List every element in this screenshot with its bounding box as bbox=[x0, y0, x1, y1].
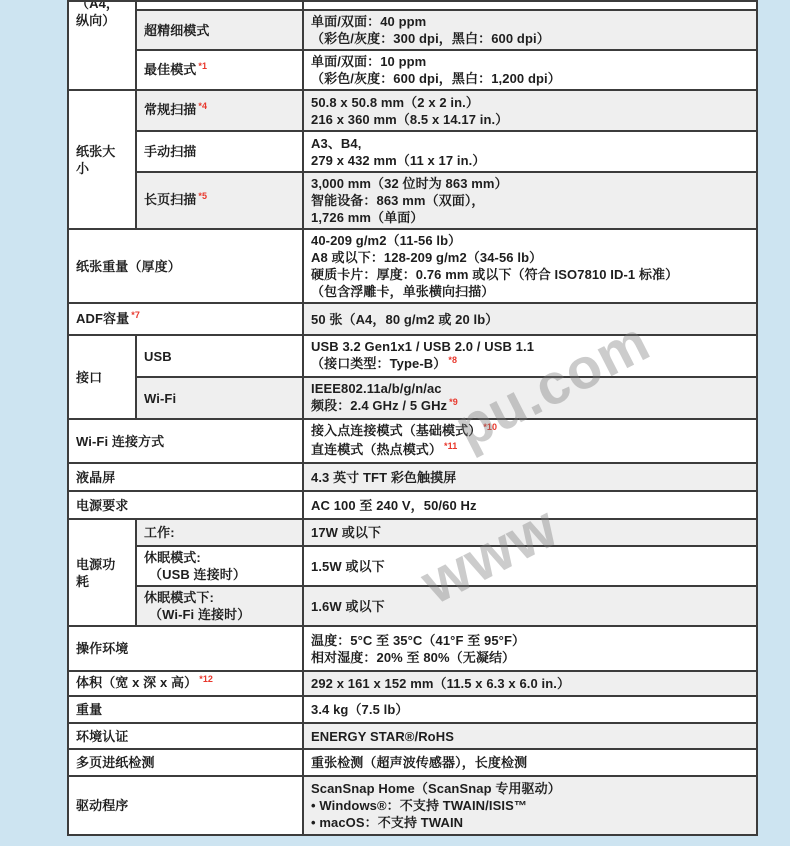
value-line: 接入点连接模式（基础模式）*10 bbox=[311, 422, 749, 441]
value-line: A3、B4, bbox=[311, 135, 749, 152]
value-text: • macOS：不支持 TWAIN bbox=[311, 815, 463, 830]
value-line: 硬质卡片：厚度：0.76 mm 或以下（符合 ISO7810 ID-1 标准） bbox=[311, 266, 749, 283]
footnote-marker: *8 bbox=[448, 355, 457, 365]
label-line: 液晶屏 bbox=[76, 469, 295, 486]
table-row: 液晶屏4.3 英寸 TFT 彩色触摸屏 bbox=[68, 463, 757, 491]
value-text: 1.5W 或以下 bbox=[311, 559, 385, 574]
label-text: 休眠模式: bbox=[144, 550, 201, 565]
label-text: （USB 连接时） bbox=[149, 567, 246, 582]
row-value-cell: A3、B4,279 x 432 mm（11 x 17 in.） bbox=[303, 131, 757, 172]
value-line: 4.3 英寸 TFT 彩色触摸屏 bbox=[311, 469, 749, 486]
row-group-label-cell: 纸张大小 bbox=[68, 90, 136, 229]
label-text: 操作环境 bbox=[76, 641, 128, 656]
value-line: ScanSnap Home（ScanSnap 专用驱动） bbox=[311, 780, 749, 797]
value-line: 单面/双面：40 ppm bbox=[311, 13, 749, 30]
row-label-cell: 操作环境 bbox=[68, 626, 303, 671]
row-sublabel-cell: 长页扫描*5 bbox=[136, 172, 303, 229]
row-sublabel-cell: 休眠模式:（USB 连接时） bbox=[136, 546, 303, 586]
row-value-cell: ScanSnap Home（ScanSnap 专用驱动）• Windows®：不… bbox=[303, 776, 757, 835]
label-text: 驱动程序 bbox=[76, 798, 128, 813]
row-value-cell: AC 100 至 240 V，50/60 Hz bbox=[303, 491, 757, 519]
row-value-cell: 50 张（A4，80 g/m2 或 20 lb） bbox=[303, 303, 757, 335]
label-text: 长页扫描 bbox=[144, 192, 196, 207]
value-line: 智能设备：863 mm（双面）， bbox=[311, 192, 749, 209]
value-line: 50 张（A4，80 g/m2 或 20 lb） bbox=[311, 311, 749, 328]
value-text: 50.8 x 50.8 mm（2 x 2 in.） bbox=[311, 95, 479, 110]
label-text: 体积（宽 x 深 x 高） bbox=[76, 675, 197, 690]
table-row: 休眠模式:（USB 连接时）1.5W 或以下 bbox=[68, 546, 757, 586]
value-line: 40-209 g/m2（11-56 lb） bbox=[311, 232, 749, 249]
value-text: AC 100 至 240 V，50/60 Hz bbox=[311, 498, 477, 513]
value-line: AC 100 至 240 V，50/60 Hz bbox=[311, 497, 749, 514]
group-label-text: 纸张大小 bbox=[76, 144, 115, 176]
value-text: 216 x 360 mm（8.5 x 14.17 in.） bbox=[311, 112, 508, 127]
table-row: 最佳模式*1单面/双面：10 ppm（彩色/灰度：600 dpi，黑白：1,20… bbox=[68, 50, 757, 90]
row-label-cell: 体积（宽 x 深 x 高）*12 bbox=[68, 671, 303, 696]
table-row: 驱动程序ScanSnap Home（ScanSnap 专用驱动）• Window… bbox=[68, 776, 757, 835]
footnote-marker: *10 bbox=[483, 422, 497, 432]
table-row: 重量3.4 kg（7.5 lb） bbox=[68, 696, 757, 723]
value-line: 17W 或以下 bbox=[311, 524, 749, 541]
value-text: 单面/双面：10 ppm bbox=[311, 54, 426, 69]
row-label-cell: 电源要求 bbox=[68, 491, 303, 519]
row-label-cell: Wi-Fi 连接方式 bbox=[68, 419, 303, 463]
value-line: 相对湿度：20% 至 80%（无凝结） bbox=[311, 649, 749, 666]
label-line: 工作: bbox=[144, 524, 295, 541]
table-row: 体积（宽 x 深 x 高）*12292 x 161 x 152 mm（11.5 … bbox=[68, 671, 757, 696]
value-text: 直连模式（热点模式） bbox=[311, 442, 442, 457]
label-text: Wi-Fi 连接方式 bbox=[76, 434, 164, 449]
label-line: 常规扫描*4 bbox=[144, 101, 295, 120]
label-text: （Wi-Fi 连接时） bbox=[149, 607, 250, 622]
row-value-cell: 单面/双面：40 ppm（彩色/灰度：300 dpi，黑白：600 dpi） bbox=[303, 10, 757, 50]
row-value-cell: 4.3 英寸 TFT 彩色触摸屏 bbox=[303, 463, 757, 491]
row-label-cell: 重量 bbox=[68, 696, 303, 723]
label-text: USB bbox=[144, 349, 172, 364]
value-text: A3、B4, bbox=[311, 136, 361, 151]
row-sublabel-cell: USB bbox=[136, 335, 303, 377]
value-text: USB 3.2 Gen1x1 / USB 2.0 / USB 1.1 bbox=[311, 339, 534, 354]
row-value-cell: 3,000 mm（32 位时为 863 mm）智能设备：863 mm（双面），1… bbox=[303, 172, 757, 229]
row-value-cell: 17W 或以下 bbox=[303, 519, 757, 546]
footnote-marker: *12 bbox=[199, 674, 213, 684]
row-label-cell: 纸张重量（厚度） bbox=[68, 229, 303, 303]
footnote-marker: *5 bbox=[198, 191, 207, 201]
value-text: 频段：2.4 GHz / 5 GHz bbox=[311, 398, 447, 413]
row-value-cell: USB 3.2 Gen1x1 / USB 2.0 / USB 1.1（接口类型：… bbox=[303, 335, 757, 377]
row-sublabel-cell: Wi-Fi bbox=[136, 377, 303, 419]
value-line: 292 x 161 x 152 mm（11.5 x 6.3 x 6.0 in.） bbox=[311, 675, 749, 692]
value-text: 4.3 英寸 TFT 彩色触摸屏 bbox=[311, 470, 456, 485]
value-text: 硬质卡片：厚度：0.76 mm 或以下（符合 ISO7810 ID-1 标准） bbox=[311, 267, 678, 282]
value-line: A8 或以下：128-209 g/m2（34-56 lb） bbox=[311, 249, 749, 266]
row-label-cell: ADF容量*7 bbox=[68, 303, 303, 335]
spec-table: （A4，纵向）超精细模式单面/双面：40 ppm（彩色/灰度：300 dpi，黑… bbox=[67, 0, 758, 836]
value-line: 1,726 mm（单面） bbox=[311, 209, 749, 226]
group-label-text: 电源功耗 bbox=[76, 557, 115, 589]
value-line: 3.4 kg（7.5 lb） bbox=[311, 701, 749, 718]
value-text: A8 或以下：128-209 g/m2（34-56 lb） bbox=[311, 250, 542, 265]
value-line: 单面/双面：10 ppm bbox=[311, 53, 749, 70]
value-line: （接口类型：Type-B）*8 bbox=[311, 355, 749, 374]
label-line: 操作环境 bbox=[76, 640, 295, 657]
value-text: 1,726 mm（单面） bbox=[311, 210, 423, 225]
row-value-cell: 292 x 161 x 152 mm（11.5 x 6.3 x 6.0 in.） bbox=[303, 671, 757, 696]
label-text: 手动扫描 bbox=[144, 144, 196, 159]
label-line: 最佳模式*1 bbox=[144, 61, 295, 80]
value-text: （接口类型：Type-B） bbox=[311, 356, 446, 371]
label-line: 体积（宽 x 深 x 高）*12 bbox=[76, 674, 295, 693]
label-text: 纸张重量（厚度） bbox=[76, 259, 181, 274]
value-text: 50 张（A4，80 g/m2 或 20 lb） bbox=[311, 312, 498, 327]
value-text: ScanSnap Home（ScanSnap 专用驱动） bbox=[311, 781, 561, 796]
row-value-cell: 温度：5°C 至 35°C（41°F 至 95°F）相对湿度：20% 至 80%… bbox=[303, 626, 757, 671]
row-group-label-cell: 接口 bbox=[68, 335, 136, 419]
value-line: 温度：5°C 至 35°C（41°F 至 95°F） bbox=[311, 632, 749, 649]
label-line: 环境认证 bbox=[76, 728, 295, 745]
table-row: 接口USBUSB 3.2 Gen1x1 / USB 2.0 / USB 1.1（… bbox=[68, 335, 757, 377]
value-text: 接入点连接模式（基础模式） bbox=[311, 423, 481, 438]
row-value-cell: 3.4 kg（7.5 lb） bbox=[303, 696, 757, 723]
value-text: 279 x 432 mm（11 x 17 in.） bbox=[311, 153, 486, 168]
spec-table-container: （A4，纵向）超精细模式单面/双面：40 ppm（彩色/灰度：300 dpi，黑… bbox=[67, 0, 758, 836]
value-text: 3,000 mm（32 位时为 863 mm） bbox=[311, 176, 508, 191]
value-line: 1.6W 或以下 bbox=[311, 598, 749, 615]
row-value-cell: 重张检测（超声波传感器），长度检测 bbox=[303, 749, 757, 776]
value-text: ENERGY STAR®/RoHS bbox=[311, 729, 454, 744]
footnote-marker: *7 bbox=[131, 310, 140, 320]
row-value-cell: 40-209 g/m2（11-56 lb）A8 或以下：128-209 g/m2… bbox=[303, 229, 757, 303]
label-text: 电源要求 bbox=[76, 498, 128, 513]
label-line: 多页进纸检测 bbox=[76, 754, 295, 771]
row-value-cell: 单面/双面：10 ppm（彩色/灰度：600 dpi，黑白：1,200 dpi） bbox=[303, 50, 757, 90]
row-sublabel-cell: 最佳模式*1 bbox=[136, 50, 303, 90]
table-row: 电源要求AC 100 至 240 V，50/60 Hz bbox=[68, 491, 757, 519]
label-line: 重量 bbox=[76, 701, 295, 718]
table-row: 长页扫描*53,000 mm（32 位时为 863 mm）智能设备：863 mm… bbox=[68, 172, 757, 229]
table-row: 休眠模式下:（Wi-Fi 连接时）1.6W 或以下 bbox=[68, 586, 757, 626]
table-row: Wi-FiIEEE802.11a/b/g/n/ac频段：2.4 GHz / 5 … bbox=[68, 377, 757, 419]
row-sublabel-cell: 休眠模式下:（Wi-Fi 连接时） bbox=[136, 586, 303, 626]
label-text: 最佳模式 bbox=[144, 62, 196, 77]
value-text: （包含浮雕卡，单张横向扫描） bbox=[311, 284, 494, 299]
group-label-text: （A4，纵向） bbox=[76, 1, 128, 29]
footnote-marker: *11 bbox=[444, 441, 457, 451]
row-label-cell: 多页进纸检测 bbox=[68, 749, 303, 776]
label-line: 休眠模式: bbox=[144, 549, 295, 566]
table-row: ADF容量*750 张（A4，80 g/m2 或 20 lb） bbox=[68, 303, 757, 335]
label-text: 多页进纸检测 bbox=[76, 755, 155, 770]
value-text: 智能设备：863 mm（双面）， bbox=[311, 193, 485, 208]
label-text: 环境认证 bbox=[76, 729, 128, 744]
label-line: 超精细模式 bbox=[144, 22, 295, 39]
label-line: 休眠模式下: bbox=[144, 589, 295, 606]
label-text: 超精细模式 bbox=[144, 23, 210, 38]
table-row: 纸张重量（厚度）40-209 g/m2（11-56 lb）A8 或以下：128-… bbox=[68, 229, 757, 303]
row-label-cell: 驱动程序 bbox=[68, 776, 303, 835]
value-text: （彩色/灰度：300 dpi，黑白：600 dpi） bbox=[311, 31, 550, 46]
label-text: 液晶屏 bbox=[76, 470, 115, 485]
label-line: 驱动程序 bbox=[76, 797, 295, 814]
table-row: 纸张大小常规扫描*450.8 x 50.8 mm（2 x 2 in.）216 x… bbox=[68, 90, 757, 131]
label-text: 常规扫描 bbox=[144, 102, 196, 117]
value-text: 重张检测（超声波传感器），长度检测 bbox=[311, 755, 527, 770]
label-text: Wi-Fi bbox=[144, 391, 176, 406]
value-line: 1.5W 或以下 bbox=[311, 558, 749, 575]
label-line: （Wi-Fi 连接时） bbox=[144, 606, 295, 623]
row-value-cell: 接入点连接模式（基础模式）*10直连模式（热点模式）*11 bbox=[303, 419, 757, 463]
value-line: （彩色/灰度：600 dpi，黑白：1,200 dpi） bbox=[311, 70, 749, 87]
label-line: 手动扫描 bbox=[144, 143, 295, 160]
value-line: USB 3.2 Gen1x1 / USB 2.0 / USB 1.1 bbox=[311, 338, 749, 355]
row-sublabel-cell bbox=[136, 1, 303, 10]
label-line: 纸张重量（厚度） bbox=[76, 258, 295, 275]
label-text: 工作: bbox=[144, 525, 175, 540]
row-value-cell: IEEE802.11a/b/g/n/ac频段：2.4 GHz / 5 GHz*9 bbox=[303, 377, 757, 419]
value-text: 40-209 g/m2（11-56 lb） bbox=[311, 233, 461, 248]
group-label-text: 接口 bbox=[76, 370, 102, 385]
value-text: IEEE802.11a/b/g/n/ac bbox=[311, 381, 442, 396]
value-text: （彩色/灰度：600 dpi，黑白：1,200 dpi） bbox=[311, 71, 561, 86]
table-row: 手动扫描A3、B4,279 x 432 mm（11 x 17 in.） bbox=[68, 131, 757, 172]
value-text: 相对湿度：20% 至 80%（无凝结） bbox=[311, 650, 515, 665]
value-text: 温度：5°C 至 35°C（41°F 至 95°F） bbox=[311, 633, 525, 648]
row-sublabel-cell: 超精细模式 bbox=[136, 10, 303, 50]
footnote-marker: *4 bbox=[198, 101, 207, 111]
row-group-label-cell: （A4，纵向） bbox=[68, 1, 136, 90]
label-line: USB bbox=[144, 348, 295, 365]
value-line: 3,000 mm（32 位时为 863 mm） bbox=[311, 175, 749, 192]
value-line: （包含浮雕卡，单张横向扫描） bbox=[311, 283, 749, 300]
value-text: 292 x 161 x 152 mm（11.5 x 6.3 x 6.0 in.） bbox=[311, 676, 570, 691]
spec-table-body: （A4，纵向）超精细模式单面/双面：40 ppm（彩色/灰度：300 dpi，黑… bbox=[68, 1, 757, 835]
value-text: 17W 或以下 bbox=[311, 525, 381, 540]
table-row: 超精细模式单面/双面：40 ppm（彩色/灰度：300 dpi，黑白：600 d… bbox=[68, 10, 757, 50]
table-row: 电源功耗工作:17W 或以下 bbox=[68, 519, 757, 546]
value-line: • Windows®：不支持 TWAIN/ISIS™ bbox=[311, 797, 749, 814]
row-value-cell: 1.6W 或以下 bbox=[303, 586, 757, 626]
table-row: 操作环境温度：5°C 至 35°C（41°F 至 95°F）相对湿度：20% 至… bbox=[68, 626, 757, 671]
row-group-label-cell: 电源功耗 bbox=[68, 519, 136, 626]
label-text: 休眠模式下: bbox=[144, 590, 214, 605]
value-line: 重张检测（超声波传感器），长度检测 bbox=[311, 754, 749, 771]
value-line: 频段：2.4 GHz / 5 GHz*9 bbox=[311, 397, 749, 416]
table-row: （A4，纵向） bbox=[68, 1, 757, 10]
table-row: Wi-Fi 连接方式接入点连接模式（基础模式）*10直连模式（热点模式）*11 bbox=[68, 419, 757, 463]
row-sublabel-cell: 常规扫描*4 bbox=[136, 90, 303, 131]
value-line: （彩色/灰度：300 dpi，黑白：600 dpi） bbox=[311, 30, 749, 47]
value-line: 直连模式（热点模式）*11 bbox=[311, 441, 749, 460]
row-label-cell: 液晶屏 bbox=[68, 463, 303, 491]
label-line: Wi-Fi bbox=[144, 390, 295, 407]
label-text: 重量 bbox=[76, 702, 102, 717]
value-text: • Windows®：不支持 TWAIN/ISIS™ bbox=[311, 798, 527, 813]
value-text: 单面/双面：40 ppm bbox=[311, 14, 426, 29]
value-text: 3.4 kg（7.5 lb） bbox=[311, 702, 409, 717]
table-row: 多页进纸检测重张检测（超声波传感器），长度检测 bbox=[68, 749, 757, 776]
value-line: ENERGY STAR®/RoHS bbox=[311, 728, 749, 745]
label-line: ADF容量*7 bbox=[76, 310, 295, 329]
row-value-cell bbox=[303, 1, 757, 10]
row-value-cell: ENERGY STAR®/RoHS bbox=[303, 723, 757, 749]
row-sublabel-cell: 手动扫描 bbox=[136, 131, 303, 172]
row-value-cell: 1.5W 或以下 bbox=[303, 546, 757, 586]
value-line: 216 x 360 mm（8.5 x 14.17 in.） bbox=[311, 111, 749, 128]
page: （A4，纵向）超精细模式单面/双面：40 ppm（彩色/灰度：300 dpi，黑… bbox=[0, 0, 790, 846]
table-row: 环境认证ENERGY STAR®/RoHS bbox=[68, 723, 757, 749]
value-line: 279 x 432 mm（11 x 17 in.） bbox=[311, 152, 749, 169]
label-text: ADF容量 bbox=[76, 311, 129, 326]
label-line: Wi-Fi 连接方式 bbox=[76, 433, 295, 450]
row-label-cell: 环境认证 bbox=[68, 723, 303, 749]
value-text: 1.6W 或以下 bbox=[311, 599, 385, 614]
row-sublabel-cell: 工作: bbox=[136, 519, 303, 546]
footnote-marker: *1 bbox=[198, 61, 207, 71]
row-value-cell: 50.8 x 50.8 mm（2 x 2 in.）216 x 360 mm（8.… bbox=[303, 90, 757, 131]
value-line: IEEE802.11a/b/g/n/ac bbox=[311, 380, 749, 397]
footnote-marker: *9 bbox=[449, 397, 458, 407]
label-line: 电源要求 bbox=[76, 497, 295, 514]
value-line: • macOS：不支持 TWAIN bbox=[311, 814, 749, 831]
value-line: 50.8 x 50.8 mm（2 x 2 in.） bbox=[311, 94, 749, 111]
label-line: （USB 连接时） bbox=[144, 566, 295, 583]
label-line: 长页扫描*5 bbox=[144, 191, 295, 210]
